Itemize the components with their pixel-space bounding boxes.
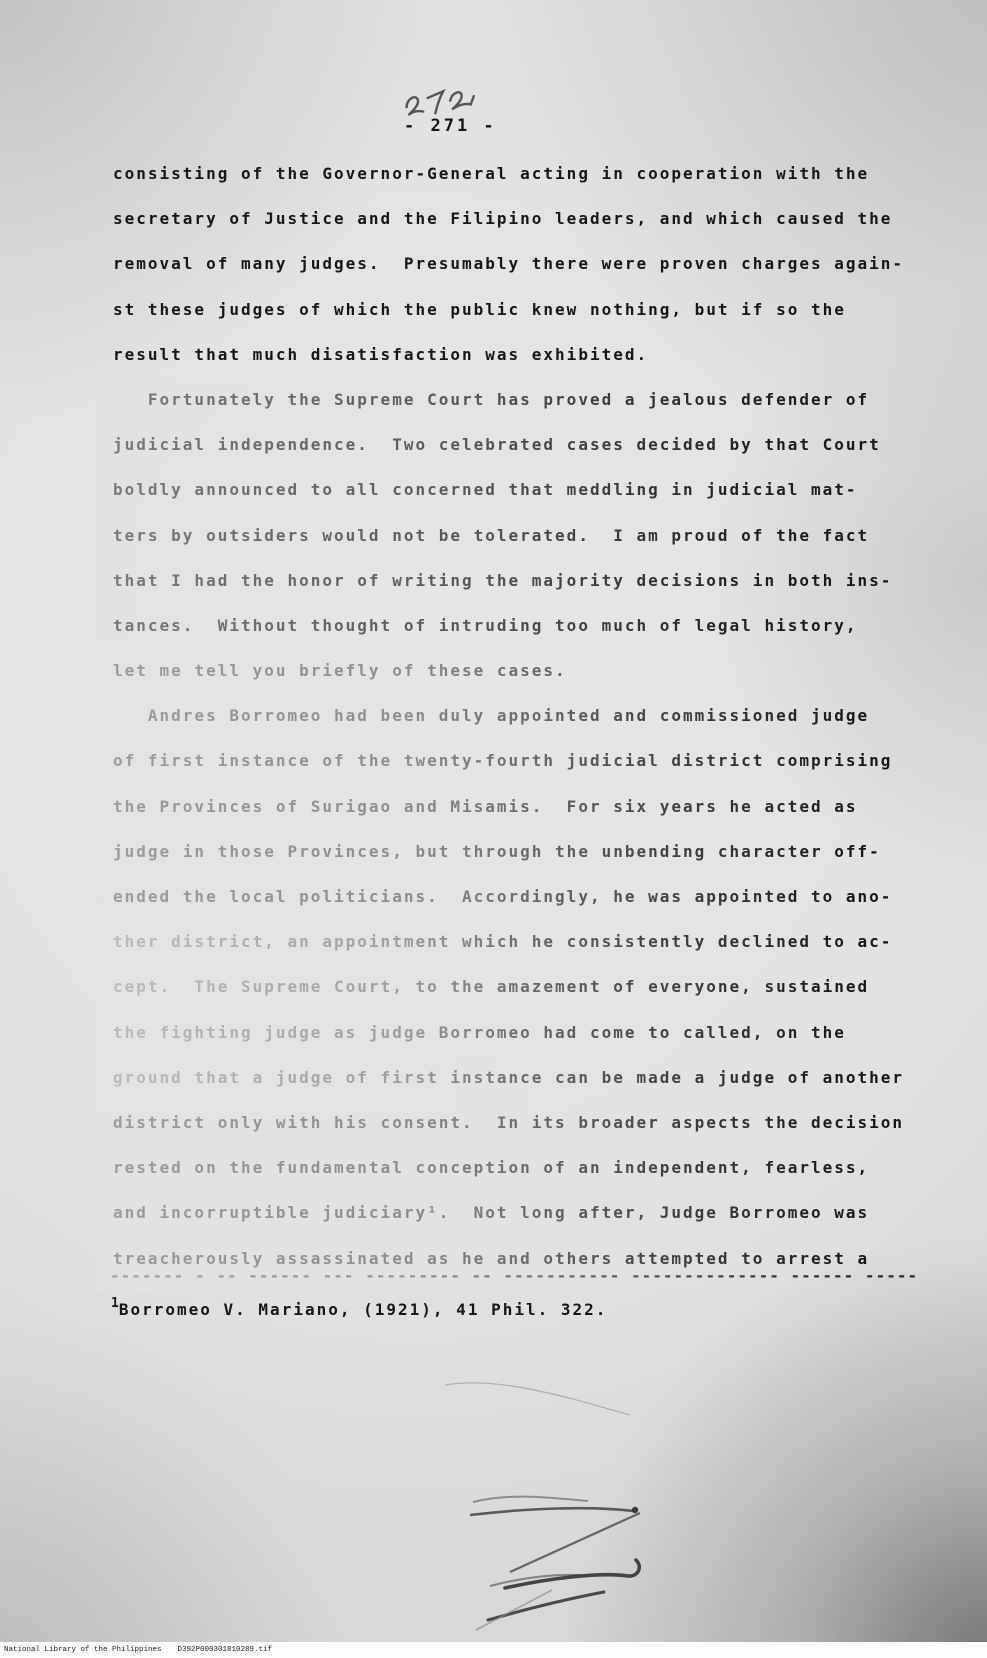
text-line: cept. The Supreme Court, to the amazemen… (113, 964, 933, 1009)
text-line: ended the local politicians. Accordingly… (113, 874, 933, 919)
pencil-scribble-marks (430, 1368, 665, 1648)
text-line: of first instance of the twenty-fourth j… (113, 738, 933, 783)
text-line: the Provinces of Surigao and Misamis. Fo… (113, 784, 933, 829)
text-line: boldly announced to all concerned that m… (113, 467, 933, 512)
document-body-text: consisting of the Governor-General actin… (113, 151, 933, 1281)
scanned-document-page: - 271 - consisting of the Governor-Gener… (0, 0, 987, 1658)
text-line: that I had the honor of writing the majo… (113, 558, 933, 603)
text-line: judicial independence. Two celebrated ca… (113, 422, 933, 467)
text-line: rested on the fundamental conception of … (113, 1145, 933, 1190)
text-line: ters by outsiders would not be tolerated… (113, 513, 933, 558)
text-line: the fighting judge as judge Borromeo had… (113, 1010, 933, 1055)
text-line: tances. Without thought of intruding too… (113, 603, 933, 648)
text-line: consisting of the Governor-General actin… (113, 151, 933, 196)
text-line: result that much disatisfaction was exhi… (113, 332, 933, 377)
footnote: 1Borromeo V. Mariano, (1921), 41 Phil. 3… (111, 1296, 607, 1319)
scan-footer-bar: National Library of the PhilippinesD392P… (0, 1642, 987, 1658)
typed-page-number: - 271 - (404, 116, 497, 136)
text-line: Andres Borromeo had been duly appointed … (113, 693, 933, 738)
text-line: judge in those Provinces, but through th… (113, 829, 933, 874)
scan-filename-label: D392P000301810289.tif (178, 1646, 273, 1654)
text-line: district only with his consent. In its b… (113, 1100, 933, 1145)
footnote-separator: ------- - -- ------ --- --------- -- ---… (110, 1266, 922, 1285)
library-name-label: National Library of the Philippines (4, 1646, 162, 1654)
text-line: let me tell you briefly of these cases. (113, 648, 933, 693)
footnote-text: Borromeo V. Mariano, (1921), 41 Phil. 32… (119, 1300, 608, 1319)
text-line: secretary of Justice and the Filipino le… (113, 196, 933, 241)
text-line: removal of many judges. Presumably there… (113, 241, 933, 286)
footnote-marker: 1 (111, 1296, 119, 1311)
text-line: Fortunately the Supreme Court has proved… (113, 377, 933, 422)
text-line: ther district, an appointment which he c… (113, 919, 933, 964)
text-line: and incorruptible judiciary¹. Not long a… (113, 1190, 933, 1235)
text-line: ground that a judge of first instance ca… (113, 1055, 933, 1100)
text-line: st these judges of which the public knew… (113, 287, 933, 332)
